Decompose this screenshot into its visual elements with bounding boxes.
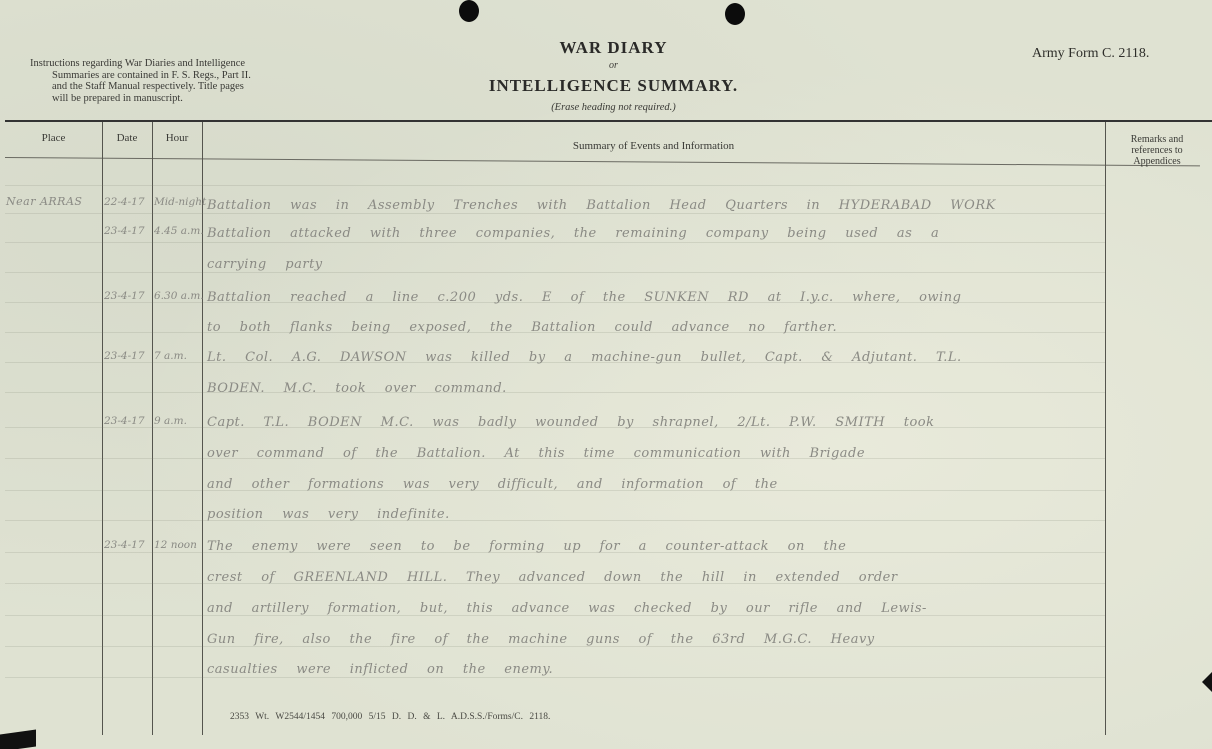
entry-hour: 4.45 a.m. xyxy=(154,225,204,237)
torn-corner-bottom-right xyxy=(1202,672,1212,692)
entry-date: 23-4-17 xyxy=(104,415,145,427)
army-form-number: Army Form C. 2118. xyxy=(1032,46,1149,62)
entry-date: 23-4-17 xyxy=(104,350,145,362)
entry-summary-line: over command of the Battalion. At this t… xyxy=(207,446,1097,461)
header-top-rule xyxy=(5,120,1212,122)
column-header-summary: Summary of Events and Information xyxy=(202,140,1105,152)
entry-summary-line: and artillery formation, but, this advan… xyxy=(207,601,1097,616)
entry-hour: 9 a.m. xyxy=(154,415,187,427)
entry-summary-line: Battalion was in Assembly Trenches with … xyxy=(207,198,1097,213)
entry-summary-line: and other formations was very difficult,… xyxy=(207,477,1097,492)
erase-note: (Erase heading not required.) xyxy=(0,102,1212,113)
column-header-hour: Hour xyxy=(152,132,202,144)
entry-date: 23-4-17 xyxy=(104,290,145,302)
form-title-or: or xyxy=(0,60,1212,71)
entry-hour: 12 noon xyxy=(154,539,197,551)
entry-date: 23-4-17 xyxy=(104,225,145,237)
print-imprint: 2353 Wt. W2544/1454 700,000 5/15 D. D. &… xyxy=(230,712,550,722)
ruled-line xyxy=(5,213,1105,214)
entry-summary-line: Battalion attacked with three companies,… xyxy=(207,226,1097,241)
punch-hole-left xyxy=(459,0,479,22)
entry-hour: 6.30 a.m. xyxy=(154,290,204,302)
entry-summary-line: Battalion reached a line c.200 yds. E of… xyxy=(207,290,1097,305)
column-header-place: Place xyxy=(5,132,102,144)
entry-summary-line: The enemy were seen to be forming up for… xyxy=(207,539,1097,554)
entry-summary-line: to both flanks being exposed, the Battal… xyxy=(207,320,1097,335)
entry-summary-line: Gun fire, also the fire of the machine g… xyxy=(207,632,1097,647)
column-header-remarks: Remarks and references to Appendices xyxy=(1110,134,1204,167)
punch-hole-right xyxy=(725,3,745,25)
entry-summary-line: Lt. Col. A.G. DAWSON was killed by a mac… xyxy=(207,350,1097,365)
entry-summary-line: position was very indefinite. xyxy=(207,507,1097,522)
ruled-line xyxy=(5,677,1105,678)
entry-hour: 7 a.m. xyxy=(154,350,187,362)
entry-date: 23-4-17 xyxy=(104,539,145,551)
entry-hour: Mid-night xyxy=(154,196,206,208)
form-subtitle: INTELLIGENCE SUMMARY. xyxy=(0,76,1212,96)
entry-summary-line: carrying party xyxy=(207,257,1097,272)
entry-date: 22-4-17 xyxy=(104,196,145,208)
ruled-line xyxy=(5,272,1105,273)
entry-summary-line: Capt. T.L. BODEN M.C. was badly wounded … xyxy=(207,415,1097,430)
ruled-line xyxy=(5,242,1105,243)
entry-summary-line: casualties were inflicted on the enemy. xyxy=(207,662,1097,677)
form-title: WAR DIARY xyxy=(0,38,1212,58)
entry-place: Near ARRAS xyxy=(6,195,82,208)
header-bottom-rule xyxy=(5,157,1200,166)
torn-corner-bottom-left xyxy=(0,729,36,749)
entry-summary-line: crest of GREENLAND HILL. They advanced d… xyxy=(207,570,1097,585)
column-header-date: Date xyxy=(102,132,152,144)
column-divider-summary-remarks xyxy=(1105,122,1106,735)
entry-summary-line: BODEN. M.C. took over command. xyxy=(207,381,1097,396)
ruled-line xyxy=(5,185,1105,186)
